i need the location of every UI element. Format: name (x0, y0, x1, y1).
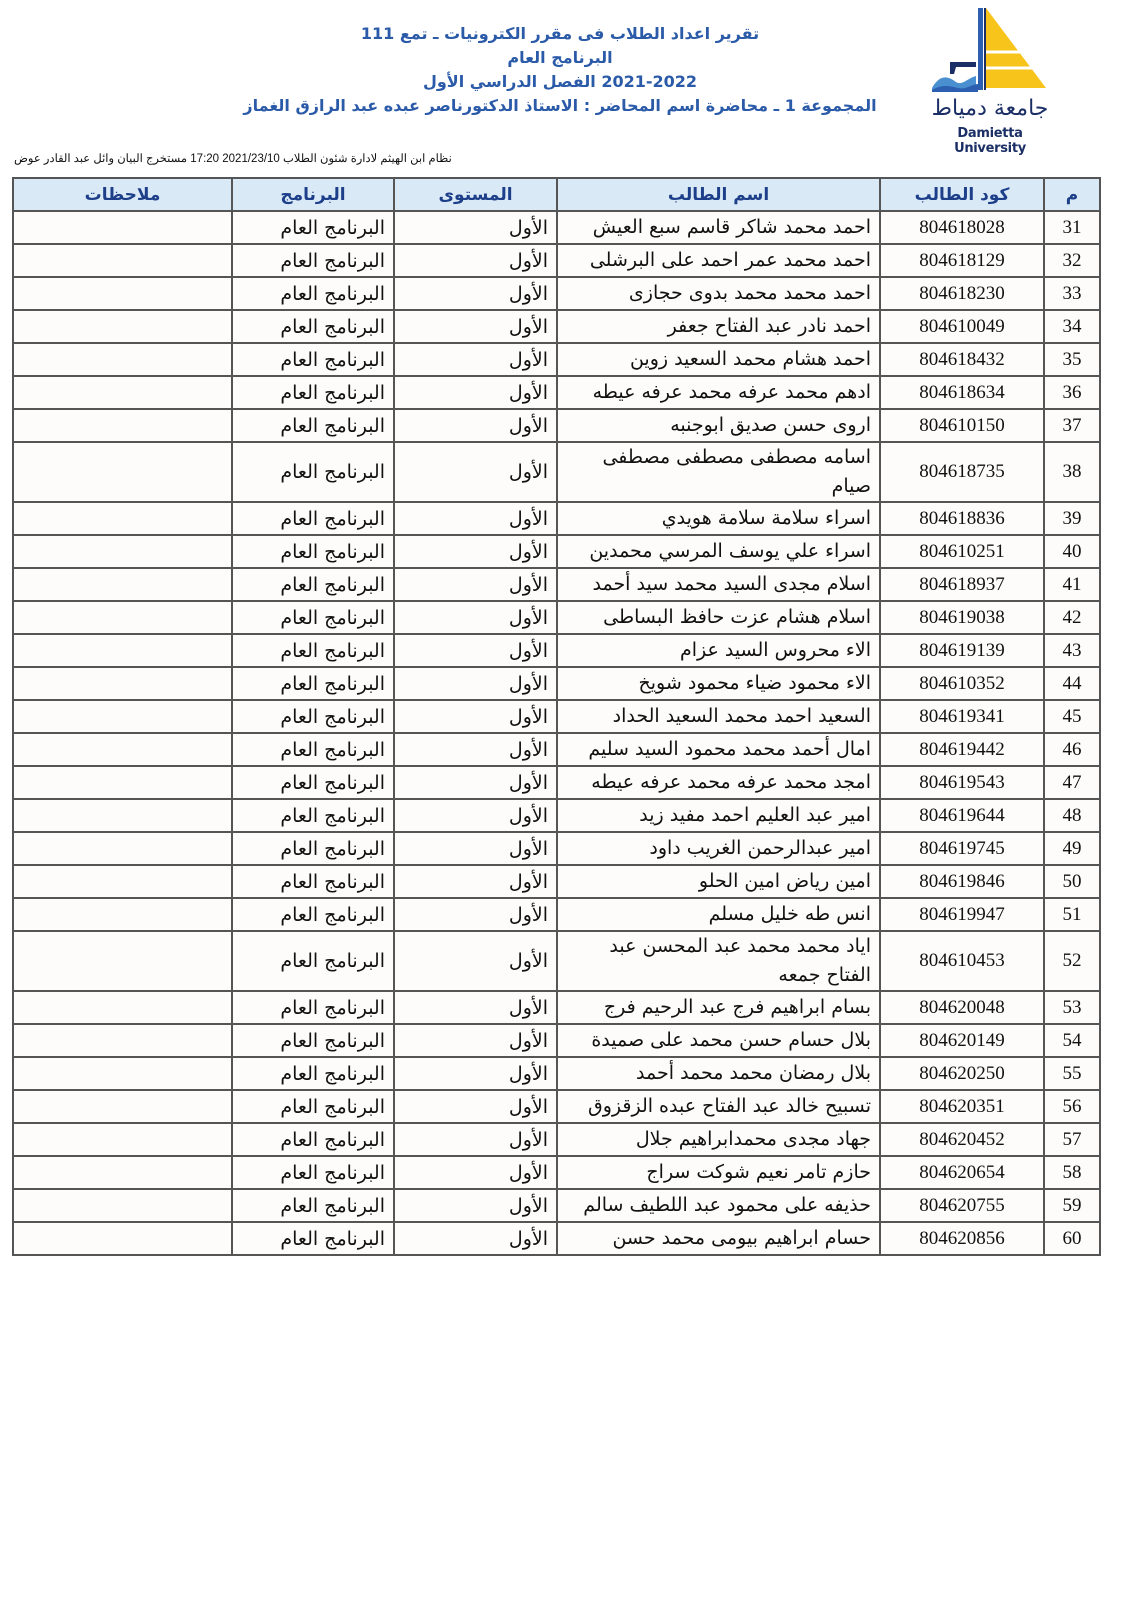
student-level: الأول (394, 865, 557, 898)
student-code: 804618836 (880, 502, 1044, 535)
student-program: البرنامج العام (232, 409, 394, 442)
student-level: الأول (394, 1057, 557, 1090)
student-code: 804619745 (880, 832, 1044, 865)
student-name: اسامه مصطفى مصطفى مصطفى صيام (557, 442, 880, 502)
row-index: 47 (1044, 766, 1100, 799)
student-name: اسراء علي يوسف المرسي محمدين (557, 535, 880, 568)
table-row: 46 804619442 امال أحمد محمد محمود السيد … (13, 733, 1100, 766)
student-level: الأول (394, 1189, 557, 1222)
table-row: 32 804618129 احمد محمد عمر احمد على البر… (13, 244, 1100, 277)
student-level: الأول (394, 898, 557, 931)
student-code: 804618432 (880, 343, 1044, 376)
student-code: 804618735 (880, 442, 1044, 502)
student-level: الأول (394, 1090, 557, 1123)
student-level: الأول (394, 376, 557, 409)
table-row: 40 804610251 اسراء علي يوسف المرسي محمدي… (13, 535, 1100, 568)
table-row: 52 804610453 اياد محمد محمد عبد المحسن ع… (13, 931, 1100, 991)
report-title-block: تقرير اعداد الطلاب فى مقرر الكترونيات ـ … (240, 22, 880, 118)
student-code: 804619341 (880, 700, 1044, 733)
student-level: الأول (394, 1156, 557, 1189)
table-row: 34 804610049 احمد نادر عبد الفتاح جعفر ا… (13, 310, 1100, 343)
table-row: 41 804618937 اسلام مجدى السيد محمد سيد أ… (13, 568, 1100, 601)
row-index: 60 (1044, 1222, 1100, 1255)
students-table: م كود الطالب اسم الطالب المستوى البرنامج… (12, 177, 1101, 1256)
row-index: 33 (1044, 277, 1100, 310)
university-logo-icon (928, 4, 1052, 96)
table-row: 42 804619038 اسلام هشام عزت حافظ البساطى… (13, 601, 1100, 634)
student-notes (13, 634, 232, 667)
student-code: 804618937 (880, 568, 1044, 601)
table-row: 49 804619745 امير عبدالرحمن الغريب داود … (13, 832, 1100, 865)
row-index: 50 (1044, 865, 1100, 898)
student-level: الأول (394, 442, 557, 502)
student-program: البرنامج العام (232, 376, 394, 409)
row-index: 57 (1044, 1123, 1100, 1156)
student-code: 804619038 (880, 601, 1044, 634)
student-notes (13, 1090, 232, 1123)
row-index: 51 (1044, 898, 1100, 931)
row-index: 35 (1044, 343, 1100, 376)
student-notes (13, 277, 232, 310)
student-level: الأول (394, 1222, 557, 1255)
student-notes (13, 832, 232, 865)
student-name: احمد محمد محمد بدوى حجازى (557, 277, 880, 310)
student-notes (13, 1123, 232, 1156)
student-level: الأول (394, 244, 557, 277)
student-name: امال أحمد محمد محمود السيد سليم (557, 733, 880, 766)
table-row: 35 804618432 احمد هشام محمد السعيد زوين … (13, 343, 1100, 376)
student-level: الأول (394, 343, 557, 376)
program-title: البرنامج العام (240, 46, 880, 70)
student-level: الأول (394, 1123, 557, 1156)
row-index: 54 (1044, 1024, 1100, 1057)
row-index: 43 (1044, 634, 1100, 667)
student-level: الأول (394, 568, 557, 601)
student-name: السعيد احمد محمد السعيد الحداد (557, 700, 880, 733)
column-header-notes: ملاحظات (13, 178, 232, 211)
student-code: 804610352 (880, 667, 1044, 700)
column-header-student-name: اسم الطالب (557, 178, 880, 211)
student-name: اروى حسن صديق ابوجنبه (557, 409, 880, 442)
table-row: 33 804618230 احمد محمد محمد بدوى حجازى ا… (13, 277, 1100, 310)
student-name: ادهم محمد عرفه محمد عرفه عيطه (557, 376, 880, 409)
student-program: البرنامج العام (232, 733, 394, 766)
student-code: 804619139 (880, 634, 1044, 667)
student-name: امير عبدالرحمن الغريب داود (557, 832, 880, 865)
student-program: البرنامج العام (232, 1123, 394, 1156)
student-notes (13, 376, 232, 409)
system-export-info: نظام ابن الهيثم لادارة شئون الطلاب 2021/… (14, 151, 574, 165)
row-index: 56 (1044, 1090, 1100, 1123)
table-row: 57 804620452 جهاد مجدى محمدابراهيم جلال … (13, 1123, 1100, 1156)
row-index: 32 (1044, 244, 1100, 277)
student-code: 804610049 (880, 310, 1044, 343)
student-program: البرنامج العام (232, 568, 394, 601)
table-row: 45 804619341 السعيد احمد محمد السعيد الح… (13, 700, 1100, 733)
table-row: 53 804620048 بسام ابراهيم فرج عبد الرحيم… (13, 991, 1100, 1024)
student-code: 804620755 (880, 1189, 1044, 1222)
student-notes (13, 931, 232, 991)
table-row: 31 804618028 احمد محمد شاكر قاسم سبع الع… (13, 211, 1100, 244)
student-program: البرنامج العام (232, 700, 394, 733)
student-program: البرنامج العام (232, 667, 394, 700)
student-level: الأول (394, 601, 557, 634)
student-notes (13, 700, 232, 733)
student-code: 804610251 (880, 535, 1044, 568)
student-code: 804618129 (880, 244, 1044, 277)
row-index: 55 (1044, 1057, 1100, 1090)
student-program: البرنامج العام (232, 601, 394, 634)
table-row: 36 804618634 ادهم محمد عرفه محمد عرفه عي… (13, 376, 1100, 409)
student-program: البرنامج العام (232, 832, 394, 865)
row-index: 58 (1044, 1156, 1100, 1189)
table-row: 39 804618836 اسراء سلامة سلامة هويدي الأ… (13, 502, 1100, 535)
student-program: البرنامج العام (232, 634, 394, 667)
table-row: 50 804619846 امين رياض امين الحلو الأول … (13, 865, 1100, 898)
table-row: 51 804619947 انس طه خليل مسلم الأول البر… (13, 898, 1100, 931)
student-notes (13, 442, 232, 502)
student-notes (13, 343, 232, 376)
student-code: 804620250 (880, 1057, 1044, 1090)
student-level: الأول (394, 535, 557, 568)
student-name: احمد محمد عمر احمد على البرشلى (557, 244, 880, 277)
student-program: البرنامج العام (232, 1057, 394, 1090)
row-index: 36 (1044, 376, 1100, 409)
student-program: البرنامج العام (232, 211, 394, 244)
student-program: البرنامج العام (232, 1189, 394, 1222)
student-name: امين رياض امين الحلو (557, 865, 880, 898)
student-name: حسام ابراهيم بيومى محمد حسن (557, 1222, 880, 1255)
student-program: البرنامج العام (232, 1156, 394, 1189)
row-index: 42 (1044, 601, 1100, 634)
student-code: 804620856 (880, 1222, 1044, 1255)
student-name: احمد محمد شاكر قاسم سبع العيش (557, 211, 880, 244)
table-row: 54 804620149 بلال حسام حسن محمد على صميد… (13, 1024, 1100, 1057)
row-index: 53 (1044, 991, 1100, 1024)
student-notes (13, 409, 232, 442)
student-code: 804620351 (880, 1090, 1044, 1123)
student-program: البرنامج العام (232, 1222, 394, 1255)
student-program: البرنامج العام (232, 766, 394, 799)
student-notes (13, 1057, 232, 1090)
student-program: البرنامج العام (232, 343, 394, 376)
student-notes (13, 568, 232, 601)
university-logo: جامعة دمياط Damietta University (928, 4, 1052, 146)
column-header-program: البرنامج (232, 178, 394, 211)
row-index: 37 (1044, 409, 1100, 442)
student-name: الاء محروس السيد عزام (557, 634, 880, 667)
student-code: 804619442 (880, 733, 1044, 766)
student-code: 804610453 (880, 931, 1044, 991)
student-notes (13, 1189, 232, 1222)
student-notes (13, 766, 232, 799)
student-name: اسلام هشام عزت حافظ البساطى (557, 601, 880, 634)
row-index: 34 (1044, 310, 1100, 343)
student-code: 804618634 (880, 376, 1044, 409)
student-notes (13, 502, 232, 535)
table-row: 43 804619139 الاء محروس السيد عزام الأول… (13, 634, 1100, 667)
student-name: حذيفه على محمود عبد اللطيف سالم (557, 1189, 880, 1222)
report-title: تقرير اعداد الطلاب فى مقرر الكترونيات ـ … (240, 22, 880, 46)
table-row: 60 804620856 حسام ابراهيم بيومى محمد حسن… (13, 1222, 1100, 1255)
table-row: 44 804610352 الاء محمود ضياء محمود شويخ … (13, 667, 1100, 700)
student-program: البرنامج العام (232, 442, 394, 502)
student-notes (13, 601, 232, 634)
student-program: البرنامج العام (232, 991, 394, 1024)
student-level: الأول (394, 634, 557, 667)
university-name-en: Damietta University (928, 126, 1052, 156)
student-name: انس طه خليل مسلم (557, 898, 880, 931)
student-notes (13, 1222, 232, 1255)
table-row: 59 804620755 حذيفه على محمود عبد اللطيف … (13, 1189, 1100, 1222)
table-row: 56 804620351 تسبيح خالد عبد الفتاح عبده … (13, 1090, 1100, 1123)
student-name: اسراء سلامة سلامة هويدي (557, 502, 880, 535)
student-notes (13, 535, 232, 568)
student-notes (13, 1156, 232, 1189)
semester-title: 2021-2022 الفصل الدراسي الأول (240, 70, 880, 94)
table-row: 47 804619543 امجد محمد عرفه محمد عرفه عي… (13, 766, 1100, 799)
table-row: 48 804619644 امير عبد العليم احمد مفيد ز… (13, 799, 1100, 832)
row-index: 46 (1044, 733, 1100, 766)
student-program: البرنامج العام (232, 1024, 394, 1057)
student-name: امجد محمد عرفه محمد عرفه عيطه (557, 766, 880, 799)
student-name: بلال رمضان محمد محمد أحمد (557, 1057, 880, 1090)
table-row: 55 804620250 بلال رمضان محمد محمد أحمد ا… (13, 1057, 1100, 1090)
student-level: الأول (394, 931, 557, 991)
student-level: الأول (394, 667, 557, 700)
university-name-ar: جامعة دمياط (928, 96, 1052, 121)
student-notes (13, 733, 232, 766)
student-level: الأول (394, 277, 557, 310)
student-program: البرنامج العام (232, 1090, 394, 1123)
student-name: بسام ابراهيم فرج عبد الرحيم فرج (557, 991, 880, 1024)
student-notes (13, 667, 232, 700)
student-name: اياد محمد محمد عبد المحسن عبد الفتاح جمع… (557, 931, 880, 991)
student-level: الأول (394, 502, 557, 535)
row-index: 52 (1044, 931, 1100, 991)
student-code: 804620654 (880, 1156, 1044, 1189)
student-program: البرنامج العام (232, 277, 394, 310)
student-level: الأول (394, 700, 557, 733)
student-notes (13, 865, 232, 898)
student-notes (13, 310, 232, 343)
student-name: حازم تامر نعيم شوكت سراج (557, 1156, 880, 1189)
row-index: 40 (1044, 535, 1100, 568)
student-notes (13, 991, 232, 1024)
student-code: 804610150 (880, 409, 1044, 442)
student-program: البرنامج العام (232, 502, 394, 535)
student-level: الأول (394, 832, 557, 865)
student-code: 804618028 (880, 211, 1044, 244)
student-level: الأول (394, 799, 557, 832)
row-index: 59 (1044, 1189, 1100, 1222)
table-header-row: م كود الطالب اسم الطالب المستوى البرنامج… (13, 178, 1100, 211)
table-row: 38 804618735 اسامه مصطفى مصطفى مصطفى صيا… (13, 442, 1100, 502)
student-notes (13, 799, 232, 832)
student-program: البرنامج العام (232, 244, 394, 277)
student-notes (13, 211, 232, 244)
row-index: 45 (1044, 700, 1100, 733)
student-notes (13, 898, 232, 931)
student-code: 804620149 (880, 1024, 1044, 1057)
student-program: البرنامج العام (232, 898, 394, 931)
student-level: الأول (394, 766, 557, 799)
student-level: الأول (394, 211, 557, 244)
student-program: البرنامج العام (232, 535, 394, 568)
student-name: الاء محمود ضياء محمود شويخ (557, 667, 880, 700)
row-index: 44 (1044, 667, 1100, 700)
student-notes (13, 1024, 232, 1057)
student-name: جهاد مجدى محمدابراهيم جلال (557, 1123, 880, 1156)
row-index: 31 (1044, 211, 1100, 244)
student-program: البرنامج العام (232, 310, 394, 343)
student-name: بلال حسام حسن محمد على صميدة (557, 1024, 880, 1057)
student-name: احمد نادر عبد الفتاح جعفر (557, 310, 880, 343)
column-header-level: المستوى (394, 178, 557, 211)
row-index: 41 (1044, 568, 1100, 601)
table-row: 37 804610150 اروى حسن صديق ابوجنبه الأول… (13, 409, 1100, 442)
student-code: 804620048 (880, 991, 1044, 1024)
student-level: الأول (394, 1024, 557, 1057)
student-name: احمد هشام محمد السعيد زوين (557, 343, 880, 376)
group-lecturer-title: المجموعة 1 ـ محاضرة اسم المحاضر : الاستا… (240, 94, 880, 118)
column-header-student-code: كود الطالب (880, 178, 1044, 211)
student-program: البرنامج العام (232, 865, 394, 898)
table-body: 31 804618028 احمد محمد شاكر قاسم سبع الع… (13, 211, 1100, 1255)
student-name: اسلام مجدى السيد محمد سيد أحمد (557, 568, 880, 601)
student-name: امير عبد العليم احمد مفيد زيد (557, 799, 880, 832)
student-program: البرنامج العام (232, 799, 394, 832)
student-code: 804620452 (880, 1123, 1044, 1156)
row-index: 38 (1044, 442, 1100, 502)
student-program: البرنامج العام (232, 931, 394, 991)
student-level: الأول (394, 409, 557, 442)
student-code: 804618230 (880, 277, 1044, 310)
row-index: 48 (1044, 799, 1100, 832)
row-index: 39 (1044, 502, 1100, 535)
student-code: 804619846 (880, 865, 1044, 898)
student-level: الأول (394, 310, 557, 343)
table-row: 58 804620654 حازم تامر نعيم شوكت سراج ال… (13, 1156, 1100, 1189)
student-code: 804619543 (880, 766, 1044, 799)
row-index: 49 (1044, 832, 1100, 865)
column-header-index: م (1044, 178, 1100, 211)
student-name: تسبيح خالد عبد الفتاح عبده الزقزوق (557, 1090, 880, 1123)
student-code: 804619644 (880, 799, 1044, 832)
student-level: الأول (394, 733, 557, 766)
student-code: 804619947 (880, 898, 1044, 931)
student-notes (13, 244, 232, 277)
student-level: الأول (394, 991, 557, 1024)
